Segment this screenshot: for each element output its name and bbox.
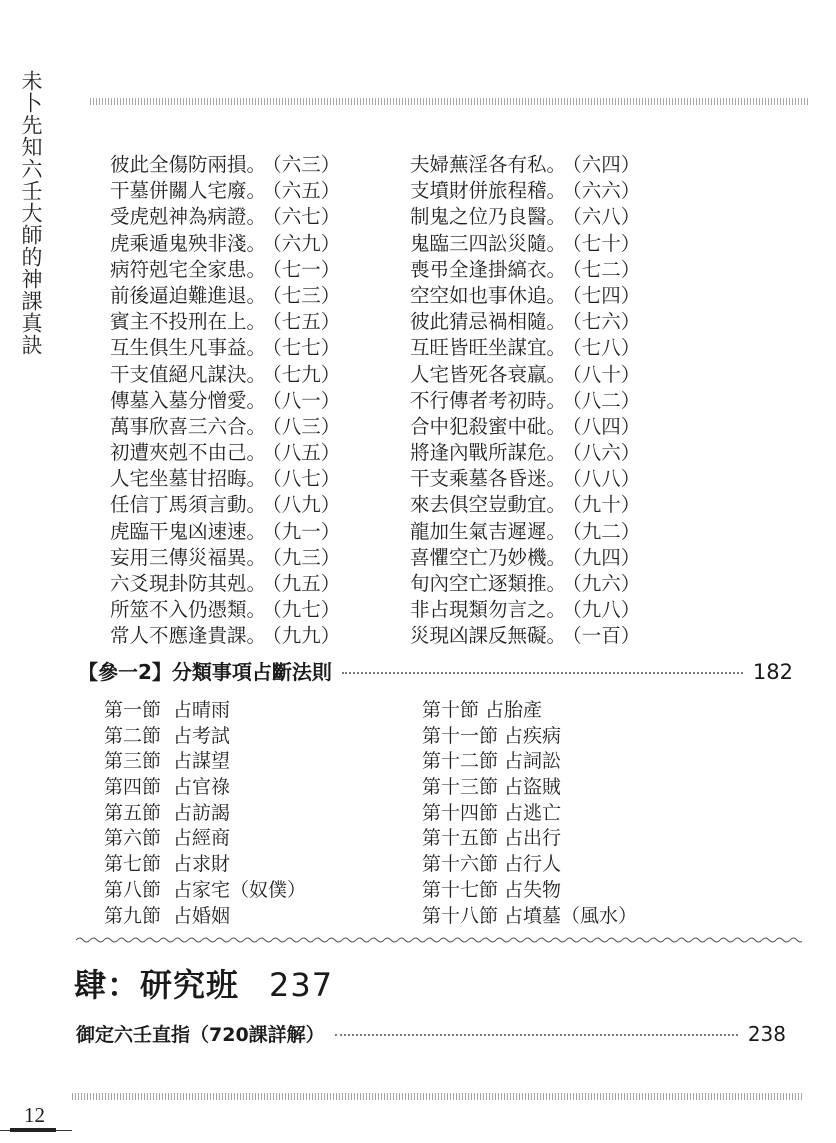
entry-page-number: 238 <box>748 1022 786 1046</box>
verse-item: 人宅坐墓甘招晦。（八七） <box>110 466 410 492</box>
section-title: 【參一2】分類事項占斷法則 <box>78 656 332 685</box>
verse-item: 喪弔全逢掛縞衣。（七二） <box>410 257 710 283</box>
verse-item: 所筮不入仍憑類。（九七） <box>110 597 410 623</box>
verse-item: 空空如也事休追。（七四） <box>410 283 710 309</box>
dot-leader <box>335 1034 738 1036</box>
chapter-item: 第十八節占墳墓（風水） <box>422 904 740 930</box>
chapter-item: 第八節占家宅（奴僕） <box>104 878 422 904</box>
chapter-column-right: 第十節占胎產 第十一節占疾病 第十二節占詞訟 第十三節占盜賊 第十四節占逃亡 第… <box>422 698 740 929</box>
verse-item: 彼此全傷防兩損。（六三） <box>110 152 410 178</box>
chapter-item: 第五節占訪謁 <box>104 801 422 827</box>
verse-item: 虎臨干鬼凶速速。（九一） <box>110 519 410 545</box>
verse-item: 病符剋宅全家患。（七一） <box>110 257 410 283</box>
chapter-column-left: 第一節占晴雨 第二節占考試 第三節占謀望 第四節占官祿 第五節占訪謁 第六節占經… <box>104 698 422 929</box>
chapter-item: 第二節占考試 <box>104 724 422 750</box>
verse-item: 常人不應逢貴課。（九九） <box>110 623 410 649</box>
verse-item: 互生俱生凡事益。（七七） <box>110 335 410 361</box>
verse-item: 干支乘墓各昏迷。（八八） <box>410 466 710 492</box>
verse-item: 互旺皆旺坐謀宜。（七八） <box>410 335 710 361</box>
verse-item: 虎乘遁鬼殃非淺。（六九） <box>110 231 410 257</box>
verse-item: 前後逼迫難進退。（七三） <box>110 283 410 309</box>
toc-section-entry[interactable]: 【參一2】分類事項占斷法則 182 <box>78 656 793 685</box>
folio-rule-accent <box>10 1128 56 1132</box>
verse-item: 龍加生氣吉遲遲。（九二） <box>410 519 710 545</box>
verse-item: 初遭夾剋不由己。（八五） <box>110 440 410 466</box>
verse-item: 非占現類勿言之。（九八） <box>410 597 710 623</box>
verse-list: 彼此全傷防兩損。（六三） 干墓併關人宅廢。（六五） 受虎剋神為病證。（六七） 虎… <box>110 152 710 650</box>
verse-item: 鬼臨三四訟災隨。（七十） <box>410 231 710 257</box>
chapter-item: 第十六節占行人 <box>422 852 740 878</box>
verse-item: 干支值絕凡謀決。（七九） <box>110 362 410 388</box>
verse-item: 來去俱空豈動宜。（九十） <box>410 492 710 518</box>
chapter-item: 第三節占謀望 <box>104 749 422 775</box>
verse-item: 賓主不投刑在上。（七五） <box>110 309 410 335</box>
verse-item: 人宅皆死各衰羸。（八十） <box>410 362 710 388</box>
chapter-item: 第十三節占盜賊 <box>422 775 740 801</box>
chapter-item: 第七節占求財 <box>104 852 422 878</box>
dot-leader <box>342 672 743 674</box>
verse-item: 六爻現卦防其剋。（九五） <box>110 571 410 597</box>
verse-item: 喜懼空亡乃妙機。（九四） <box>410 545 710 571</box>
verse-column-right: 夫婦蕪淫各有私。（六四） 支墳財併旅程稽。（六六） 制鬼之位乃良醫。（六八） 鬼… <box>410 152 710 650</box>
verse-column-left: 彼此全傷防兩損。（六三） 干墓併關人宅廢。（六五） 受虎剋神為病證。（六七） 虎… <box>110 152 410 650</box>
chapter-item: 第十一節占疾病 <box>422 724 740 750</box>
verse-item: 支墳財併旅程稽。（六六） <box>410 178 710 204</box>
chapter-item: 第四節占官祿 <box>104 775 422 801</box>
chapter-item: 第十二節占詞訟 <box>422 749 740 775</box>
bottom-hatch-rule <box>72 1093 802 1100</box>
chapter-item: 第十五節占出行 <box>422 826 740 852</box>
verse-item: 妄用三傳災福異。（九三） <box>110 545 410 571</box>
verse-item: 合中犯殺蜜中砒。（八四） <box>410 414 710 440</box>
toc-part-entry[interactable]: 御定六壬直指（720課詳解） 238 <box>76 1020 786 1047</box>
chapter-list: 第一節占晴雨 第二節占考試 第三節占謀望 第四節占官祿 第五節占訪謁 第六節占經… <box>104 698 740 929</box>
verse-item: 災現凶課反無礙。（一百） <box>410 623 710 649</box>
page-number: 12 <box>24 1103 45 1128</box>
verse-item: 任信丁馬須言動。（八九） <box>110 492 410 518</box>
chapter-item: 第九節占婚姻 <box>104 904 422 930</box>
verse-item: 萬事欣喜三六合。（八三） <box>110 414 410 440</box>
part-heading[interactable]: 肆：研究班237 <box>74 960 333 1006</box>
verse-item: 旬內空亡逐類推。（九六） <box>410 571 710 597</box>
part-title: 肆：研究班 <box>74 966 239 1004</box>
verse-item: 干墓併關人宅廢。（六五） <box>110 178 410 204</box>
verse-item: 制鬼之位乃良醫。（六八） <box>410 204 710 230</box>
verse-item: 夫婦蕪淫各有私。（六四） <box>410 152 710 178</box>
chapter-item: 第十節占胎產 <box>422 698 740 724</box>
verse-item: 傳墓入墓分憎愛。（八一） <box>110 388 410 414</box>
entry-title: 御定六壬直指（720課詳解） <box>76 1020 325 1047</box>
chapter-item: 第十四節占逃亡 <box>422 801 740 827</box>
verse-item: 不行傳者考初時。（八二） <box>410 388 710 414</box>
verse-item: 彼此猜忌禍相隨。（七六） <box>410 309 710 335</box>
part-page-number: 237 <box>269 966 333 1004</box>
chapter-item: 第一節占晴雨 <box>104 698 422 724</box>
running-title: 未卜先知六壬大師的神課真訣 <box>18 70 44 356</box>
top-hatch-rule <box>90 98 810 105</box>
verse-item: 受虎剋神為病證。（六七） <box>110 204 410 230</box>
chapter-item: 第六節占經商 <box>104 826 422 852</box>
section-page-number: 182 <box>753 660 793 684</box>
wavy-divider <box>76 935 802 945</box>
chapter-item: 第十七節占失物 <box>422 878 740 904</box>
verse-item: 將逢內戰所謀危。（八六） <box>410 440 710 466</box>
